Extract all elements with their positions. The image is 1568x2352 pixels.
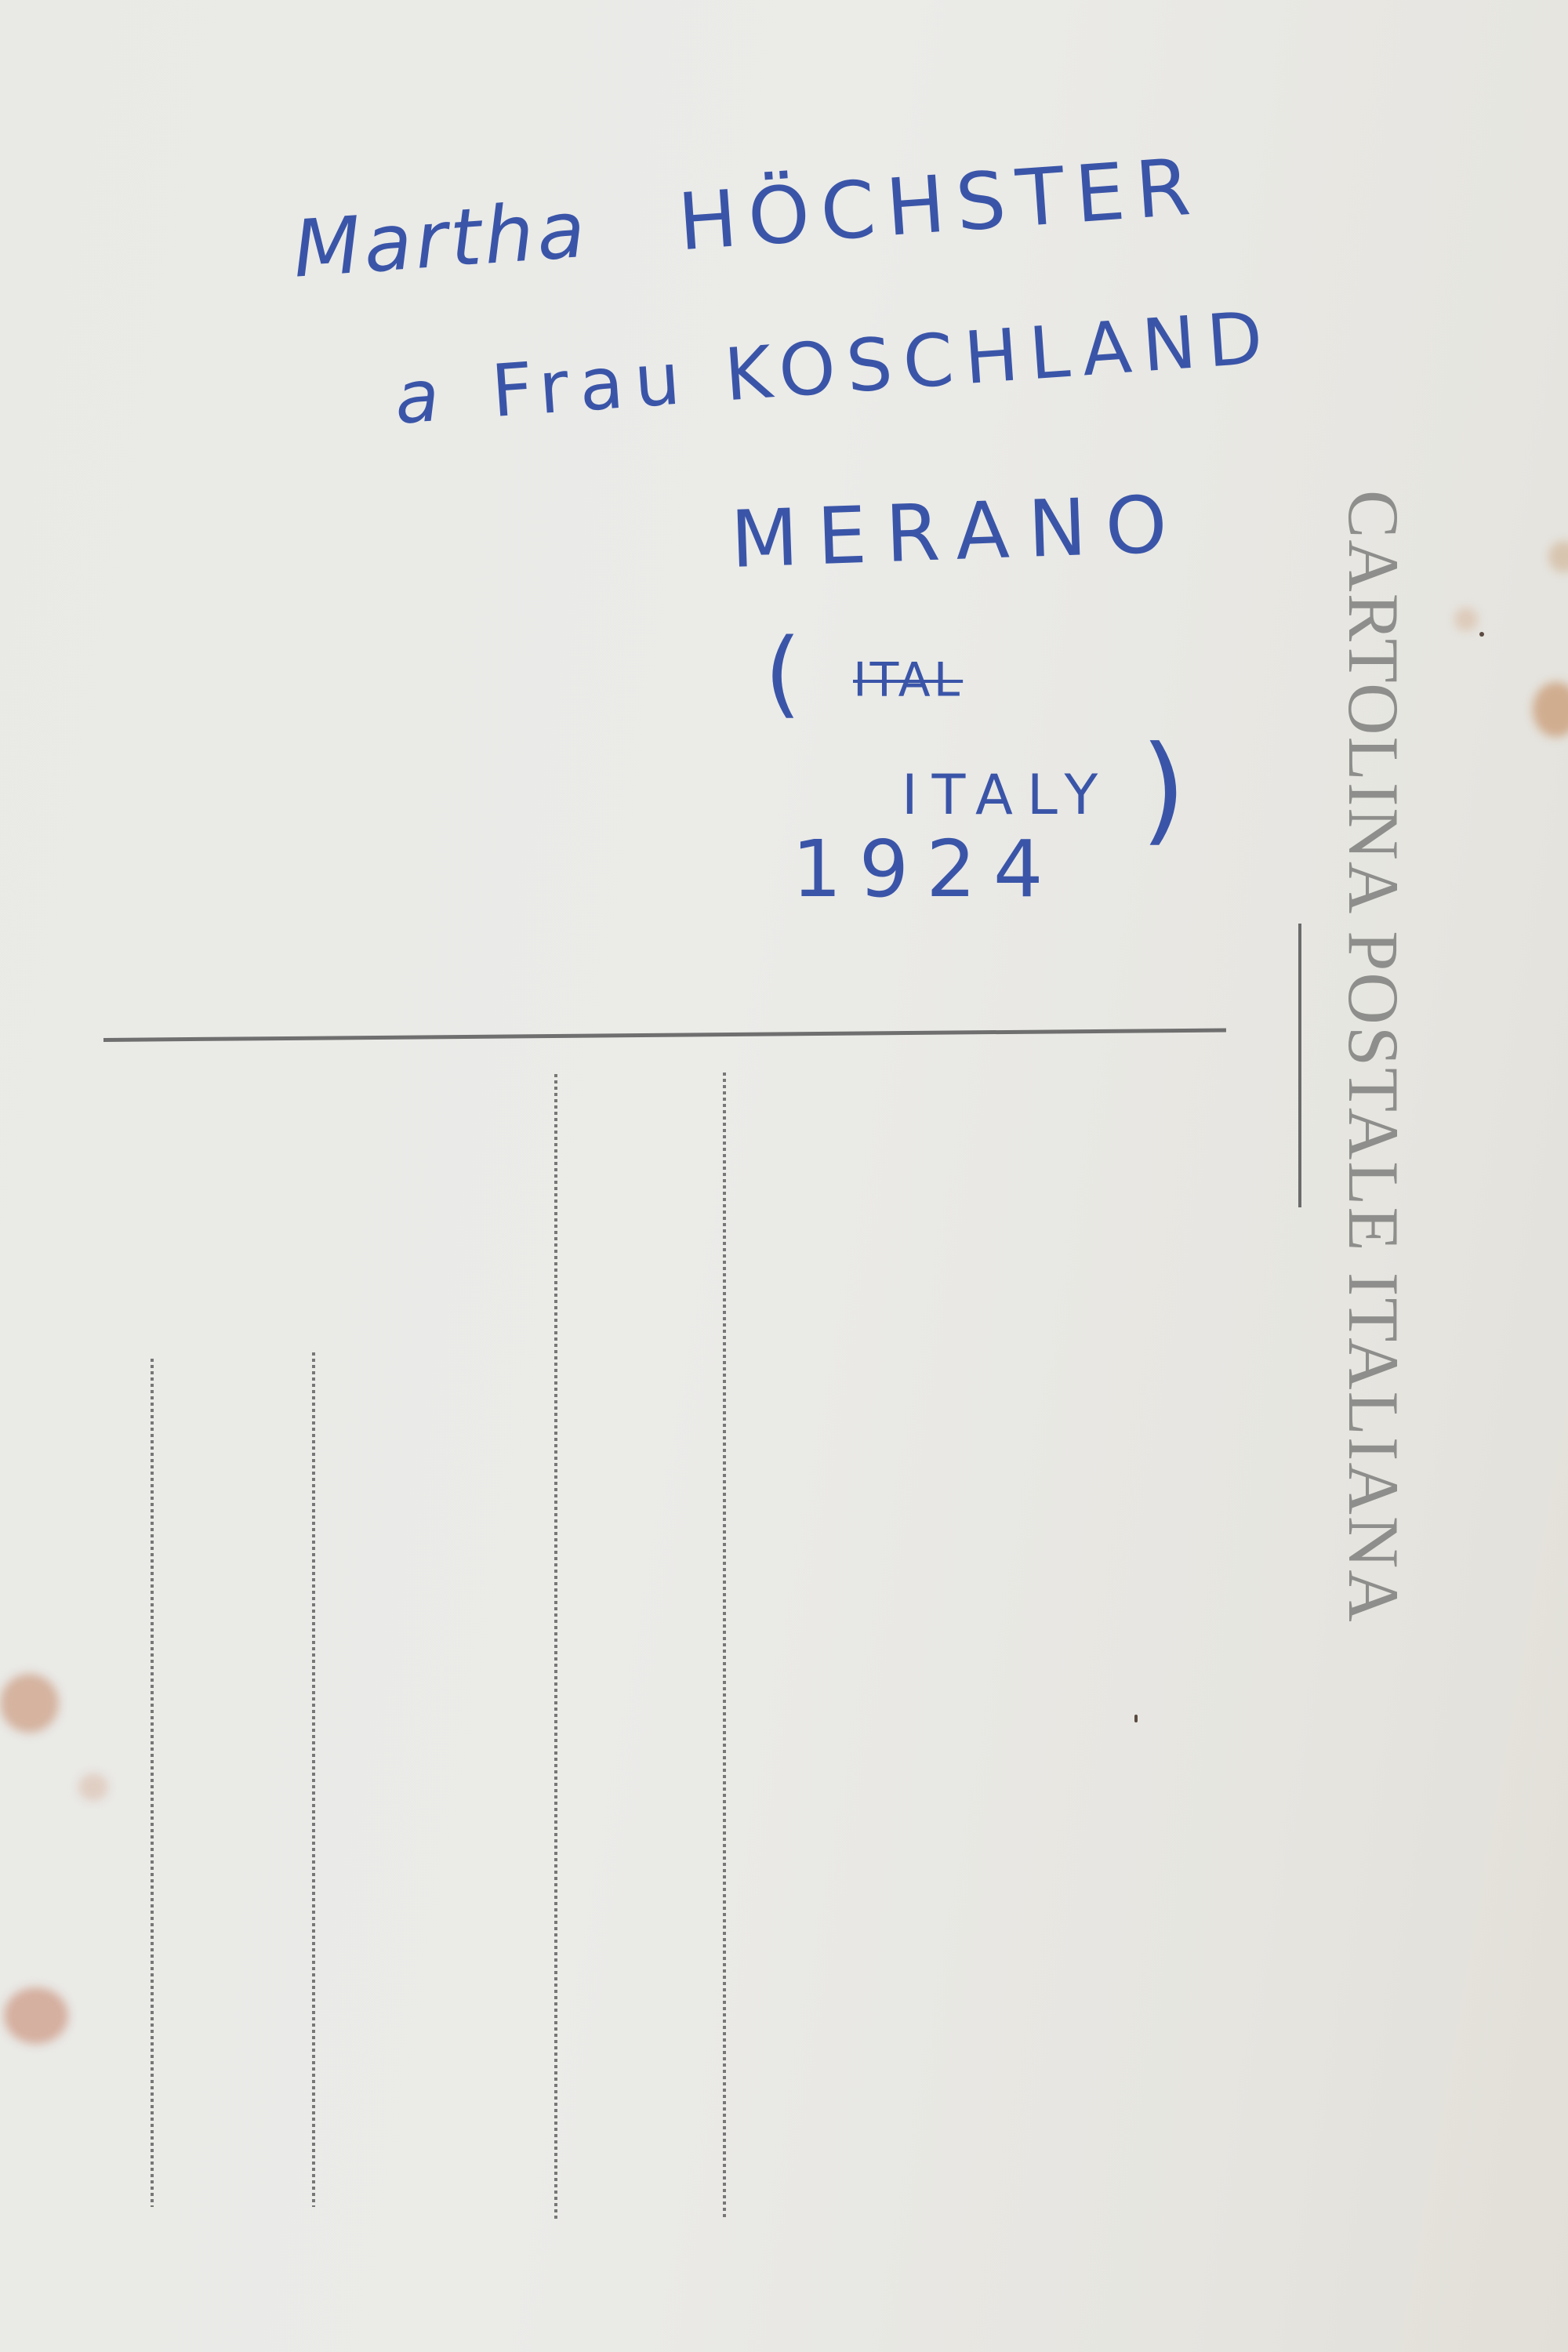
open-paren: ( (764, 619, 812, 728)
recipient-name: Frau KOSCHLAND (488, 296, 1276, 434)
line2-prefix: a (392, 353, 453, 441)
printed-header: CARTOLINA POSTALE ITALIANA (1332, 490, 1415, 1624)
handwriting-line-2: a Frau KOSCHLAND (392, 296, 1276, 441)
stain-left-faint (78, 1773, 108, 1801)
handwriting-city: MERANO (729, 478, 1188, 586)
struck-out-word: ITAL (853, 652, 963, 707)
address-line-dotted (151, 1359, 154, 2207)
stain-right-small (1454, 608, 1478, 631)
country: ITALY (902, 763, 1112, 827)
handwriting-year: 1924 (792, 823, 1061, 915)
handwriting-line-4: ( ITAL (764, 619, 963, 728)
speck (1479, 632, 1484, 637)
divider-horizontal (103, 1029, 1226, 1042)
stain-right-top (1548, 541, 1568, 572)
stain-right-upper (1533, 682, 1568, 737)
sender-first-name: Martha (290, 183, 591, 296)
address-line-dotted (723, 1073, 726, 2219)
stain-left-lower (4, 1987, 68, 2044)
postcard-back: Martha HÖCHSTER a Frau KOSCHLAND MERANO … (0, 0, 1568, 2352)
close-paren: ) (1141, 721, 1201, 858)
sender-last-name: HÖCHSTER (675, 140, 1204, 268)
stain-left-upper (0, 1674, 59, 1733)
speck (1134, 1715, 1138, 1722)
divider-vertical-stamp (1298, 924, 1301, 1207)
handwriting-line-1: Martha HÖCHSTER (290, 140, 1204, 296)
address-line-dotted (312, 1352, 315, 2207)
address-line-dotted (554, 1074, 557, 2219)
